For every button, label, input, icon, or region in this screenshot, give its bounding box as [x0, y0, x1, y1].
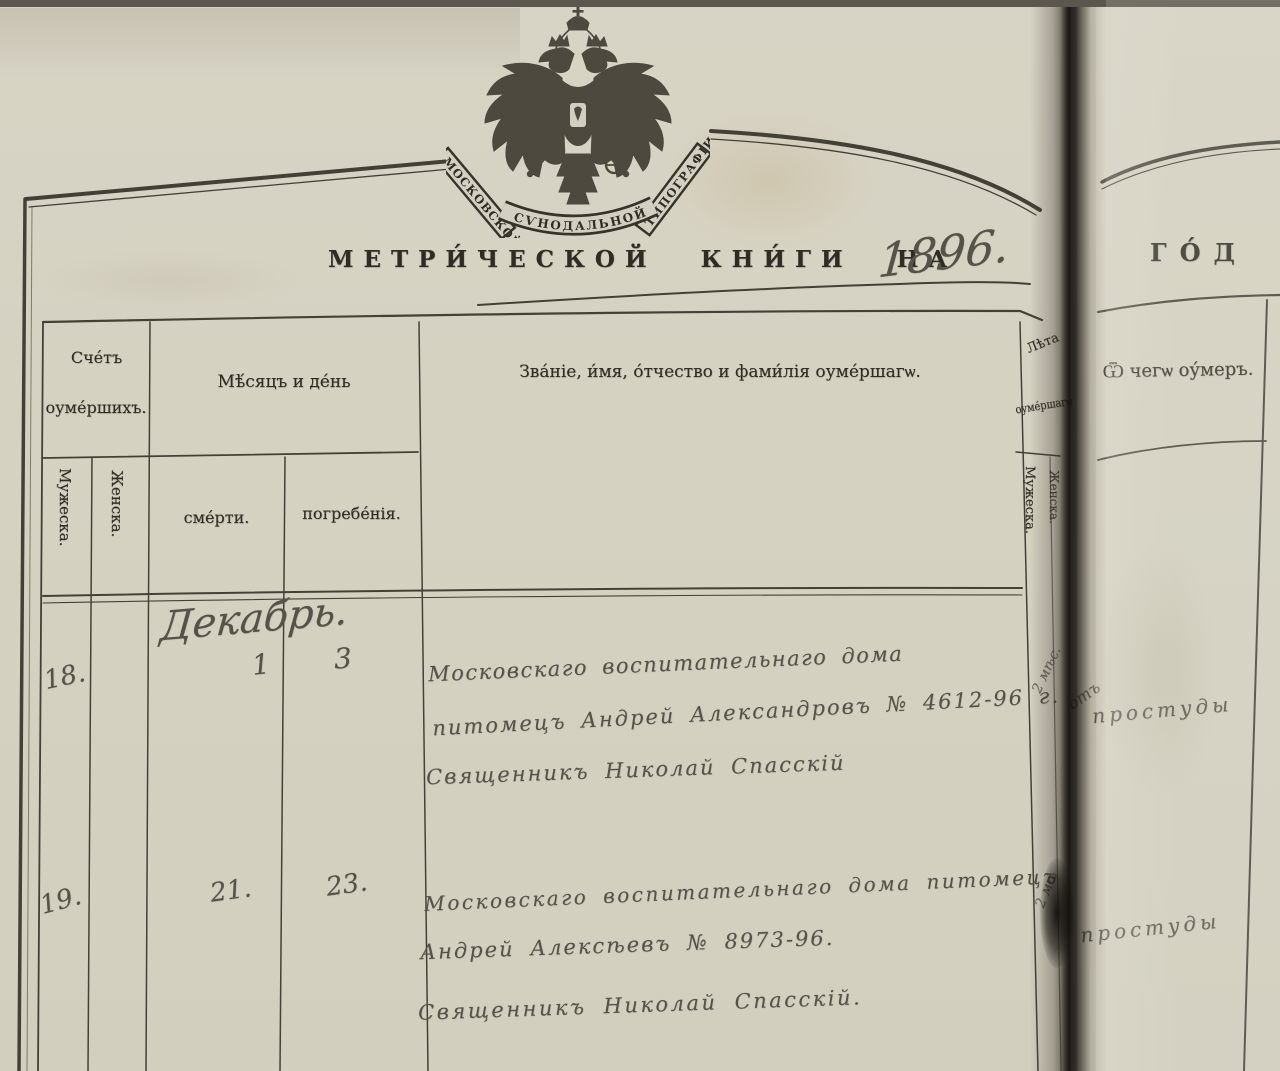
fold-tear-patch: [1040, 858, 1074, 968]
death-day: 1: [250, 647, 271, 682]
subheader-male: Мужеска.: [56, 468, 74, 590]
subheader-death: сме́рти.: [150, 508, 283, 527]
header-count: Сче́тъ: [43, 348, 150, 367]
photo-top-edge: [0, 0, 1280, 7]
death-day: 21.: [208, 873, 253, 908]
subheader-female: Женска.: [108, 470, 126, 590]
header-month-day: Мѣ́сяцъ и де́нь: [150, 372, 418, 392]
header-count-2: оуме́ршихъ.: [40, 398, 152, 417]
imperial-eagle-emblem: МОСКОВСКОЙ ТИПОГРАФІИ СѴНОДАЛЬНОЙ: [446, 6, 710, 238]
right-page-sheen: [1096, 0, 1176, 1071]
book-title: МЕТРИ́ЧЕСКОЙ КНИ́ГИ НА: [328, 246, 957, 273]
subheader-burial: погребе́нія.: [285, 504, 418, 523]
burial-day: 3: [333, 641, 353, 675]
metric-book-photo: МОСКОВСКОЙ ТИПОГРАФІИ СѴНОДАЛЬНОЙ МЕТРИ́…: [0, 0, 1280, 1071]
burial-day: 23.: [324, 867, 369, 902]
header-name: Зва́ніе, и́мя, о́тчество и фами́лія оуме…: [420, 362, 1020, 382]
